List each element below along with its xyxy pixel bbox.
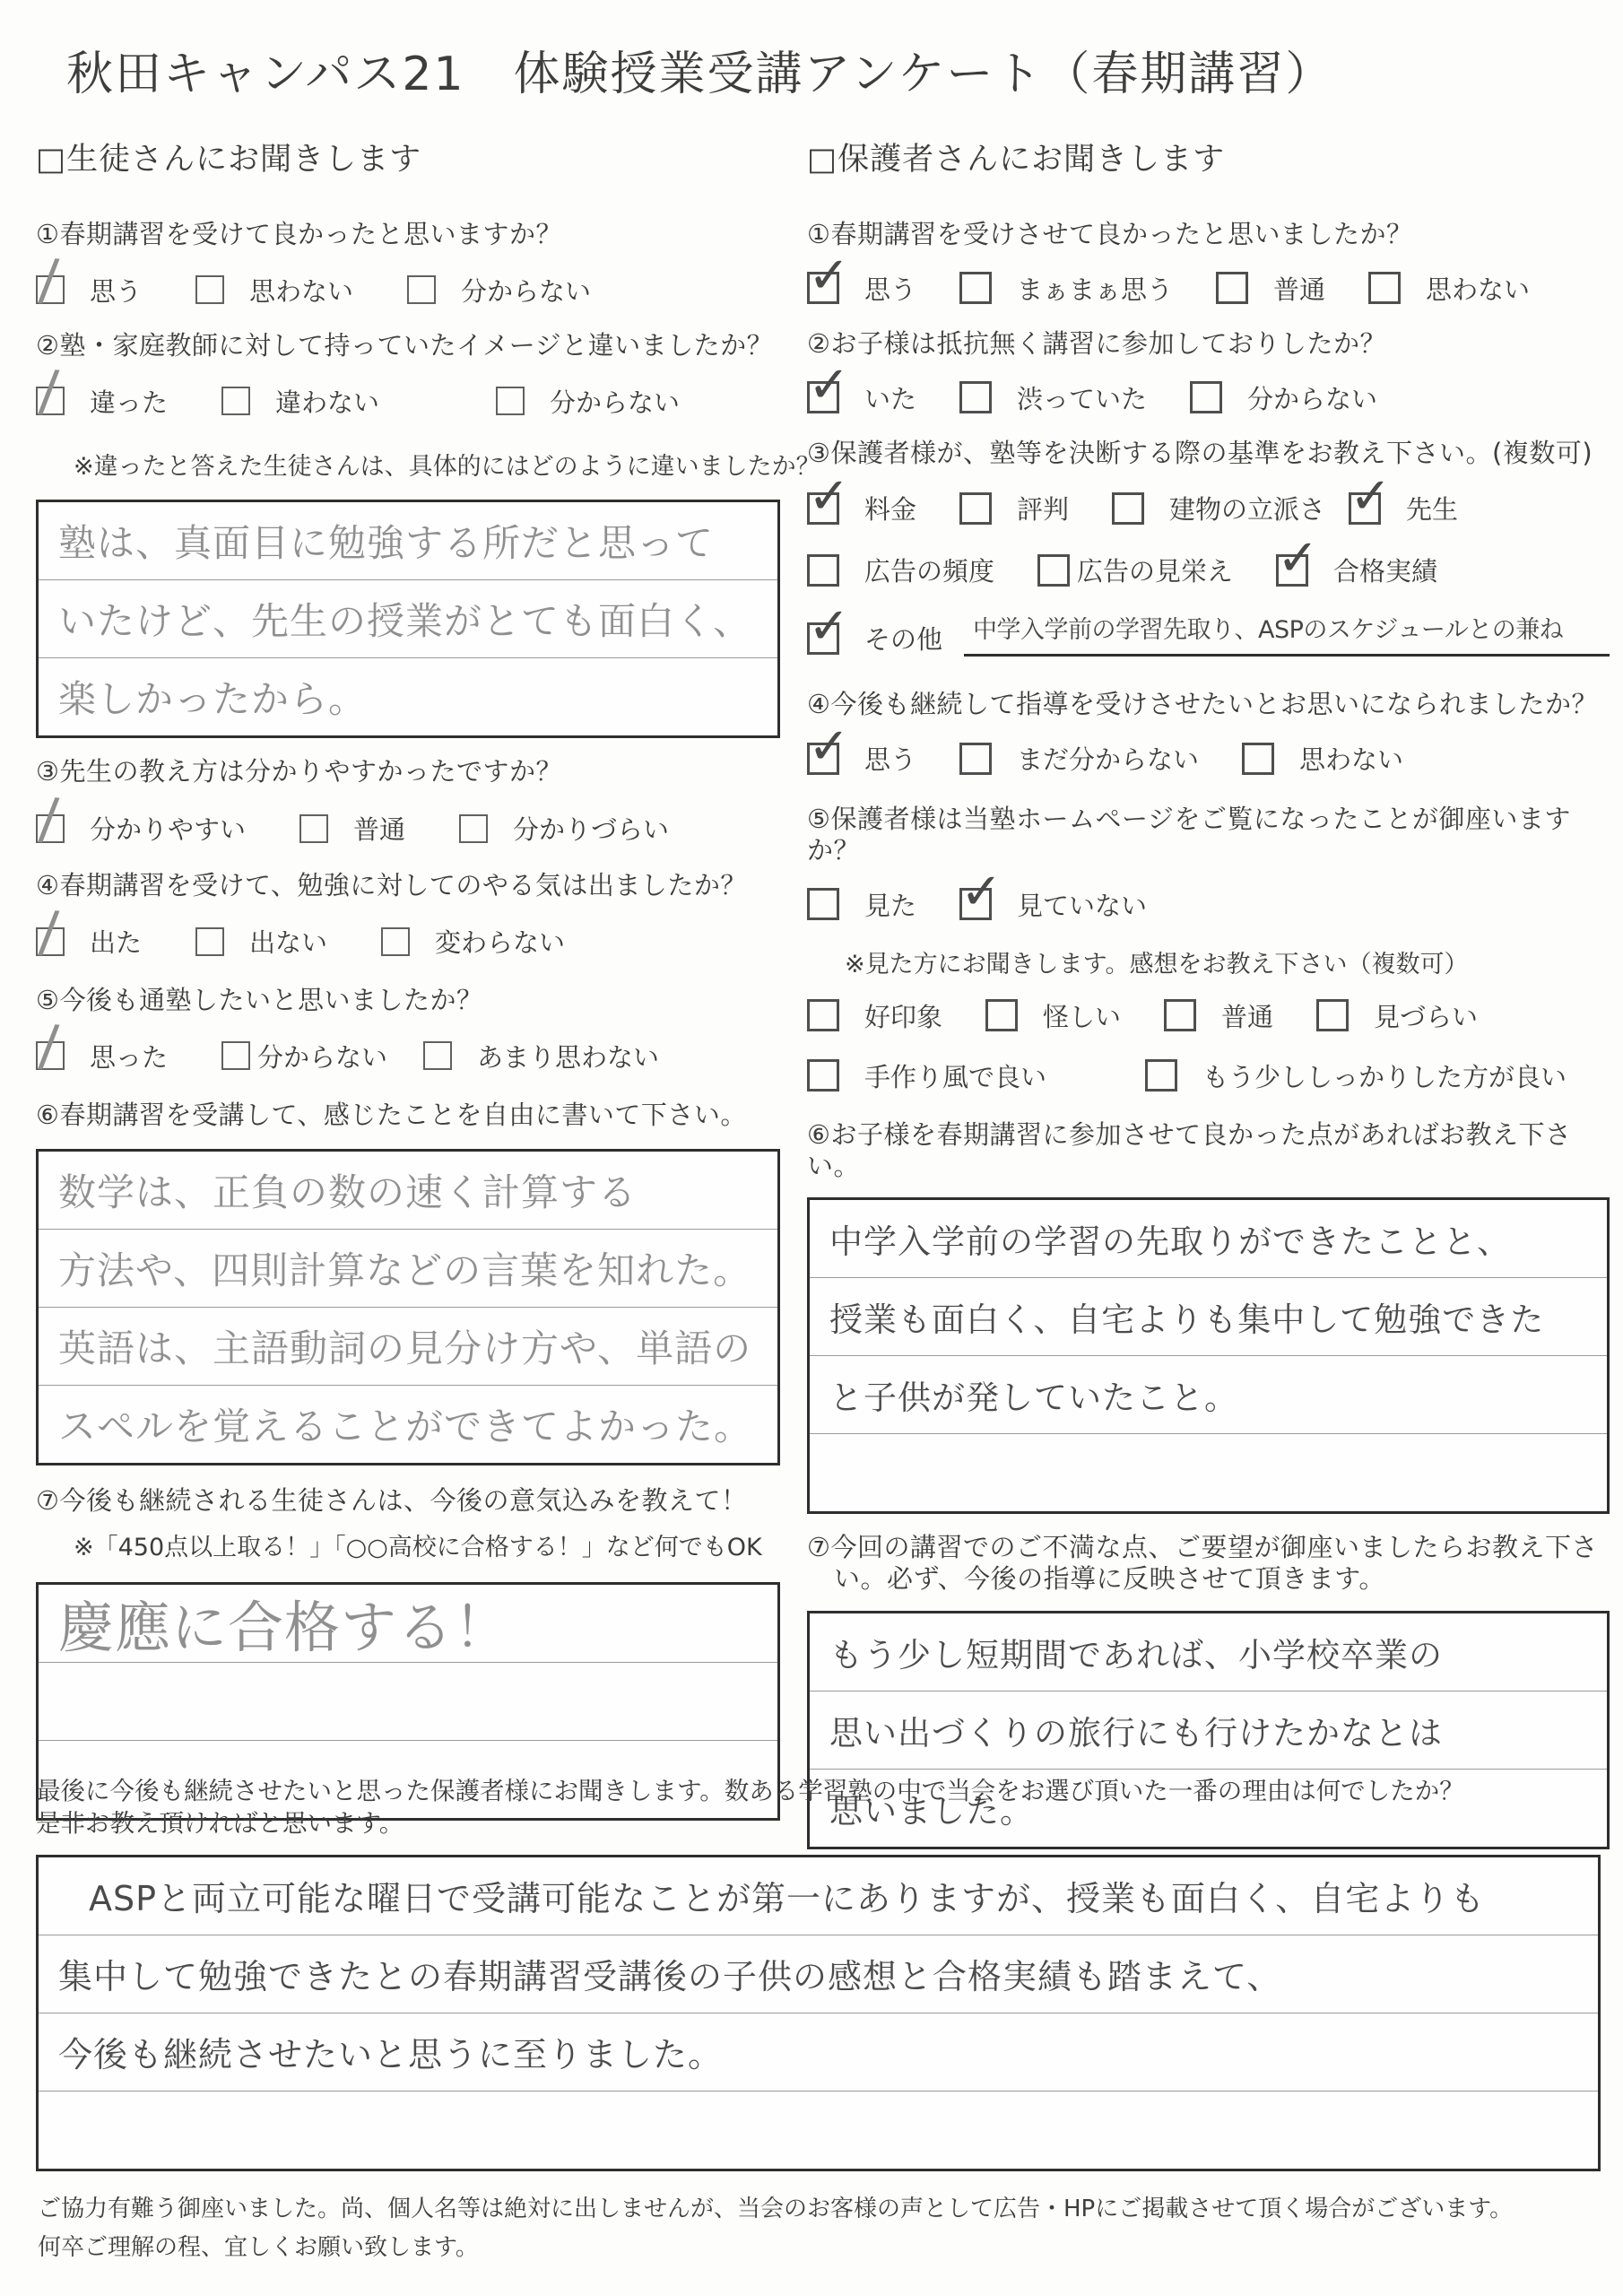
question-label: ①春期講習を受けて良かったと思いますか？ xyxy=(36,219,780,250)
closing-intro-line2: 是非お教え頂ければと思います。 xyxy=(36,1808,1601,1840)
question-label: ②お子様は抵抗無く講習に参加しておりしたか？ xyxy=(807,328,1610,360)
option-label: 思わない xyxy=(1426,270,1530,307)
option-checkbox[interactable] xyxy=(985,999,1018,1031)
option: 広告の見栄え xyxy=(1037,552,1233,588)
handwritten-text: スペルを覚えることができてよかった。 xyxy=(58,1397,752,1451)
handwritten-text: ASPと両立可能な曜日で受講可能なことが第一にありますが、授業も面白く、自宅より… xyxy=(58,1871,1485,1920)
option: 思わない xyxy=(1368,270,1530,307)
option-checkbox[interactable] xyxy=(807,743,839,775)
option: 違った xyxy=(36,383,168,420)
handwritten-text: 英語は、主語動詞の見分け方や、単語の xyxy=(58,1319,751,1373)
options-row: 思う 思わない 分からない xyxy=(36,272,780,309)
option: あまり思わない xyxy=(423,1038,659,1074)
option-label: 見ていない xyxy=(1017,886,1147,923)
question-label: ①春期講習を受けさせて良かったと思いましたか？ xyxy=(807,219,1610,250)
option-checkbox[interactable] xyxy=(1216,272,1248,304)
question-note: ※「450点以上取る！」「○○高校に合格する！」など何でもOK xyxy=(36,1527,780,1562)
option: もう少ししっかりした方が良い xyxy=(1145,1057,1567,1094)
answer-box[interactable]: 中学入学前の学習の先取りができたことと、 授業も面白く、自宅よりも集中して勉強で… xyxy=(807,1197,1610,1514)
option-label: 見た xyxy=(864,886,916,923)
option-checkbox[interactable] xyxy=(807,554,839,587)
option: 普通 xyxy=(299,810,405,847)
option: 分からない xyxy=(496,383,680,420)
option-checkbox[interactable] xyxy=(959,492,992,525)
option: 分かりづらい xyxy=(459,810,669,847)
option-label: 思った xyxy=(90,1038,168,1074)
answer-row: 授業も面白く、自宅よりも集中して勉強できた xyxy=(810,1278,1607,1356)
option-checkbox[interactable] xyxy=(959,272,992,304)
options-row: 手作り風で良い もう少ししっかりした方が良い xyxy=(807,1057,1610,1094)
question-label: ④春期講習を受けて、勉強に対してのやる気は出ましたか？ xyxy=(36,870,780,901)
option-checkbox[interactable] xyxy=(959,888,992,920)
option-label: 出た xyxy=(90,923,142,960)
handwritten-text: もう少し短期間であれば、小学校卒業の xyxy=(829,1628,1443,1676)
option-checkbox[interactable] xyxy=(1242,743,1274,775)
answer-row: スペルを覚えることができてよかった。 xyxy=(39,1386,777,1463)
option: 分かりやすい xyxy=(36,810,246,847)
option-label: まぁまぁ思う xyxy=(1017,270,1173,307)
option-label: 見づらい xyxy=(1374,997,1478,1034)
answer-box[interactable]: 数学は、正負の数の速く計算する 方法や、四則計算などの言葉を知れた。 英語は、主… xyxy=(36,1149,780,1465)
option-label: 分かりづらい xyxy=(513,810,669,847)
option-label: 分かりやすい xyxy=(90,810,246,847)
option: 分からない xyxy=(221,1038,387,1074)
parent-section-header: □保護者さんにお聞きします xyxy=(807,135,1610,179)
option-label: その他 xyxy=(864,620,942,657)
option: 分からない xyxy=(1190,379,1377,416)
options-row: いた 渋っていた 分からない xyxy=(807,379,1610,416)
option-checkbox[interactable] xyxy=(1276,554,1308,587)
option: 分からない xyxy=(407,272,591,309)
options-row: 違った 違わない 分からない xyxy=(36,383,780,420)
handwritten-text: 思い出づくりの旅行にも行けたかなとは xyxy=(829,1706,1443,1754)
option-label: 評判 xyxy=(1017,490,1069,526)
answer-row: と子供が発していたこと。 xyxy=(810,1356,1607,1434)
page-title: 秋田キャンパス21 体験授業受講アンケート（春期講習） xyxy=(66,36,1333,103)
option-label: 思う xyxy=(864,270,916,307)
option-label: 合格実績 xyxy=(1333,552,1437,588)
option-checkbox[interactable] xyxy=(459,814,488,843)
option: 思う xyxy=(807,270,916,307)
option-label: 好印象 xyxy=(864,997,942,1034)
option-checkbox[interactable] xyxy=(1037,554,1070,587)
options-row: 思う まぁまぁ思う 普通 思わない xyxy=(807,270,1610,307)
option-checkbox[interactable] xyxy=(1349,492,1381,525)
option: 料金 xyxy=(807,490,916,526)
student-column: □生徒さんにお聞きします ①春期講習を受けて良かったと思いますか？ 思う 思わな… xyxy=(36,135,780,1821)
option-checkbox[interactable] xyxy=(1145,1059,1177,1091)
option: 変わらない xyxy=(381,923,565,960)
option-label: 思わない xyxy=(1299,740,1403,777)
option: 思わない xyxy=(195,272,353,309)
option-checkbox[interactable] xyxy=(195,275,224,304)
handwritten-text: 方法や、四則計算などの言葉を知れた。 xyxy=(58,1241,751,1295)
option: 普通 xyxy=(1216,270,1325,307)
option-label: 広告の頻度 xyxy=(864,552,994,588)
option-label: 思う xyxy=(864,740,916,777)
option: 広告の頻度 xyxy=(807,552,994,588)
answer-row: もう少し短期間であれば、小学校卒業の xyxy=(810,1613,1607,1692)
option-label: 普通 xyxy=(353,810,405,847)
options-row: 思う まだ分からない 思わない xyxy=(807,740,1610,777)
option: 手作り風で良い xyxy=(807,1057,1046,1094)
answer-row: ASPと両立可能な曜日で受講可能なことが第一にありますが、授業も面白く、自宅より… xyxy=(39,1857,1598,1935)
option-checkbox[interactable] xyxy=(807,888,839,920)
option-checkbox[interactable] xyxy=(299,814,328,843)
option-checkbox[interactable] xyxy=(221,387,250,415)
option-checkbox[interactable] xyxy=(807,1059,839,1091)
option: 評判 xyxy=(959,490,1069,526)
option-checkbox[interactable] xyxy=(36,275,65,304)
answer-row xyxy=(39,1663,777,1741)
question-label-line2: い。必ず、今後の指導に反映させて頂きます。 xyxy=(807,1563,1610,1595)
closing-intro-line1: 最後に今後も継続させたいと思った保護者様にお聞きします。数ある学習塾の中で当会を… xyxy=(36,1776,1601,1808)
student-section-header: □生徒さんにお聞きします xyxy=(36,135,780,179)
question-note: ※違ったと答えた生徒さんは、具体的にはどのように違いましたか？ xyxy=(36,447,780,482)
option: 出ない xyxy=(195,923,327,960)
question-note: ※見た方にお聞きします。感想をお教え下さい（複数可） xyxy=(807,944,1610,979)
options-row: 出た 出ない 変わらない xyxy=(36,923,780,960)
question-label: ③先生の教え方は分かりやすかったですか？ xyxy=(36,756,780,787)
option: 思う xyxy=(807,740,916,777)
option: 普通 xyxy=(1164,997,1273,1034)
option: 好印象 xyxy=(807,997,942,1034)
closing-section: 最後に今後も継続させたいと思った保護者様にお聞きします。数ある学習塾の中で当会を… xyxy=(36,1776,1601,2171)
option-checkbox[interactable] xyxy=(1316,999,1349,1031)
option-label: まだ分からない xyxy=(1017,740,1199,777)
option-label: 変わらない xyxy=(435,923,565,960)
option: いた xyxy=(807,379,916,416)
option-label: いた xyxy=(864,379,916,416)
answer-row xyxy=(810,1434,1607,1511)
footer: ご協力有難う御座いました。尚、個人名等は絶対に出しませんが、当会のお客様の声とし… xyxy=(38,2190,1602,2267)
answer-row: 塾は、真面目に勉強する所だと思って xyxy=(39,502,777,580)
answer-row: 慶應に合格する！ xyxy=(39,1585,777,1663)
option: 先生 xyxy=(1349,490,1458,526)
option: その他 xyxy=(807,620,942,657)
option-checkbox[interactable] xyxy=(807,492,839,525)
option: 渋っていた xyxy=(959,379,1147,416)
handwritten-text: 集中して勉強できたとの春期講習受講後の子供の感想と合格実績も踏まえて、 xyxy=(58,1949,1281,1998)
option: 思った xyxy=(36,1038,168,1074)
handwritten-text: 楽しかったから。 xyxy=(58,670,367,724)
option-label: 違わない xyxy=(275,383,379,420)
answer-row: 楽しかったから。 xyxy=(39,658,777,735)
options-row: 好印象 怪しい 普通 見づらい xyxy=(807,997,1610,1034)
handwritten-text: いたけど、先生の授業がとても面白く、 xyxy=(58,592,751,646)
option-label: 広告の見栄え xyxy=(1077,552,1233,588)
option-checkbox[interactable] xyxy=(36,387,65,415)
question-label: ④今後も継続して指導を受けさせたいとお思いになられましたか？ xyxy=(807,689,1610,720)
option-checkbox[interactable] xyxy=(959,743,992,775)
answer-row: 数学は、正負の数の速く計算する xyxy=(39,1152,777,1230)
answer-row: 方法や、四則計算などの言葉を知れた。 xyxy=(39,1230,777,1308)
option-checkbox[interactable] xyxy=(807,272,839,304)
handwritten-text: 塾は、真面目に勉強する所だと思って xyxy=(58,514,714,568)
handwritten-text: 数学は、正負の数の速く計算する xyxy=(58,1163,637,1217)
parent-column: □保護者さんにお聞きします ①春期講習を受けさせて良かったと思いましたか？ 思う… xyxy=(807,135,1610,1849)
option-label: 分からない xyxy=(257,1038,387,1074)
option-label: 違った xyxy=(90,383,168,420)
options-row: その他 中学入学前の学習先取り、ASPのスケジュールとの兼ね xyxy=(807,610,1610,657)
question-label: ⑤今後も通塾したいと思いましたか？ xyxy=(36,985,780,1016)
option: まぁまぁ思う xyxy=(959,270,1173,307)
option: 思わない xyxy=(1242,740,1403,777)
answer-row xyxy=(39,2092,1598,2169)
options-row: 思った 分からない あまり思わない xyxy=(36,1038,780,1074)
option-label: 分からない xyxy=(550,383,680,420)
option-checkbox[interactable] xyxy=(1164,999,1196,1031)
option-label: 建物の立派さ xyxy=(1169,490,1325,526)
option-checkbox[interactable] xyxy=(807,622,839,655)
option-label: 分からない xyxy=(461,272,591,309)
option-checkbox[interactable] xyxy=(496,387,525,415)
answer-row: 集中して勉強できたとの春期講習受講後の子供の感想と合格実績も踏まえて、 xyxy=(39,1935,1598,2013)
footer-line2: 何卒ご理解の程、宜しくお願い致します。 xyxy=(38,2229,1602,2267)
option-checkbox[interactable] xyxy=(807,999,839,1031)
question-label: ③保護者様が、塾等を決断する際の基準をお教え下さい。(複数可) xyxy=(807,438,1610,469)
option-checkbox[interactable] xyxy=(195,927,224,956)
option: 出た xyxy=(36,923,142,960)
option-label: 渋っていた xyxy=(1017,379,1147,416)
option-checkbox[interactable] xyxy=(959,381,992,413)
option: 見づらい xyxy=(1316,997,1478,1034)
answer-row: いたけど、先生の授業がとても面白く、 xyxy=(39,580,777,658)
handwritten-text: 慶應に合格する！ xyxy=(58,1583,510,1663)
question-label: ②塾・家庭教師に対して持っていたイメージと違いましたか？ xyxy=(36,330,780,361)
option: 違わない xyxy=(221,383,379,420)
handwritten-text: 授業も面白く、自宅よりも集中して勉強できた xyxy=(829,1292,1544,1341)
option-checkbox[interactable] xyxy=(423,1041,452,1070)
option-label: 料金 xyxy=(864,490,916,526)
option-label: もう少ししっかりした方が良い xyxy=(1202,1057,1567,1094)
answer-box[interactable]: ASPと両立可能な曜日で受講可能なことが第一にありますが、授業も面白く、自宅より… xyxy=(36,1855,1601,2171)
option-label: 怪しい xyxy=(1043,997,1121,1034)
options-row: 見た 見ていない xyxy=(807,886,1610,923)
option-label: 出ない xyxy=(249,923,327,960)
option: 見ていない xyxy=(959,886,1147,923)
option-label: 手作り風で良い xyxy=(864,1057,1046,1094)
option-label: 思う xyxy=(90,272,142,309)
answer-row: 中学入学前の学習の先取りができたことと、 xyxy=(810,1200,1607,1278)
option-checkbox[interactable] xyxy=(36,814,65,843)
answer-row: 英語は、主語動詞の見分け方や、単語の xyxy=(39,1308,777,1386)
options-row: 分かりやすい 普通 分かりづらい xyxy=(36,810,780,847)
option-label: 思わない xyxy=(249,272,353,309)
option-label: あまり思わない xyxy=(477,1038,659,1074)
question-label: ⑦今回の講習でのご不満な点、ご要望が御座いましたらお教え下さ い。必ず、今後の指… xyxy=(807,1532,1610,1595)
option-checkbox[interactable] xyxy=(1190,381,1222,413)
question-label: ⑦今後も継続される生徒さんは、今後の意気込みを教えて！ xyxy=(36,1485,780,1517)
option: 怪しい xyxy=(985,997,1121,1034)
question-label-line1: ⑦今回の講習でのご不満な点、ご要望が御座いましたらお教え下さ xyxy=(807,1532,1610,1563)
option: 思う xyxy=(36,272,142,309)
answer-row: 今後も継続させたいと思うに至りました。 xyxy=(39,2013,1598,2092)
option: 合格実績 xyxy=(1276,552,1437,588)
option-label: 普通 xyxy=(1221,997,1273,1034)
survey-page: 秋田キャンパス21 体験授業受講アンケート（春期講習） □生徒さんにお聞きします… xyxy=(0,0,1623,2296)
option: 見た xyxy=(807,886,916,923)
option-checkbox[interactable] xyxy=(36,927,65,956)
handwritten-text: 中学入学前の学習の先取りができたことと、 xyxy=(829,1214,1511,1263)
options-row: 料金 評判 建物の立派さ 先生 xyxy=(807,490,1610,526)
option-label: 分からない xyxy=(1247,379,1377,416)
question-label: ⑥お子様を春期講習に参加させて良かった点があればお教え下さい。 xyxy=(807,1119,1610,1182)
handwritten-text: と子供が発していたこと。 xyxy=(829,1370,1238,1419)
option-label: 普通 xyxy=(1273,270,1325,307)
option-checkbox[interactable] xyxy=(221,1041,250,1070)
option: まだ分からない xyxy=(959,740,1199,777)
question-label: ⑥春期講習を受講して、感じたことを自由に書いて下さい。 xyxy=(36,1100,780,1131)
footer-line1: ご協力有難う御座いました。尚、個人名等は絶対に出しませんが、当会のお客様の声とし… xyxy=(38,2190,1602,2229)
answer-box[interactable]: 塾は、真面目に勉強する所だと思って いたけど、先生の授業がとても面白く、 楽しか… xyxy=(36,500,780,738)
option-label: 先生 xyxy=(1406,490,1458,526)
option-checkbox[interactable] xyxy=(36,1041,65,1070)
options-row: 広告の頻度 広告の見栄え 合格実績 xyxy=(807,552,1610,588)
answer-row: 思い出づくりの旅行にも行けたかなとは xyxy=(810,1692,1607,1770)
other-answer-text: 中学入学前の学習先取り、ASPのスケジュールとの兼ね xyxy=(964,610,1610,657)
option-checkbox[interactable] xyxy=(1112,492,1144,525)
option-checkbox[interactable] xyxy=(1368,272,1401,304)
option-checkbox[interactable] xyxy=(407,275,436,304)
option: 建物の立派さ xyxy=(1112,490,1325,526)
option-checkbox[interactable] xyxy=(381,927,410,956)
question-label: ⑤保護者様は当塾ホームページをご覧になったことが御座いますか？ xyxy=(807,804,1610,866)
option-checkbox[interactable] xyxy=(807,381,839,413)
handwritten-text: 今後も継続させたいと思うに至りました。 xyxy=(58,2027,723,2076)
